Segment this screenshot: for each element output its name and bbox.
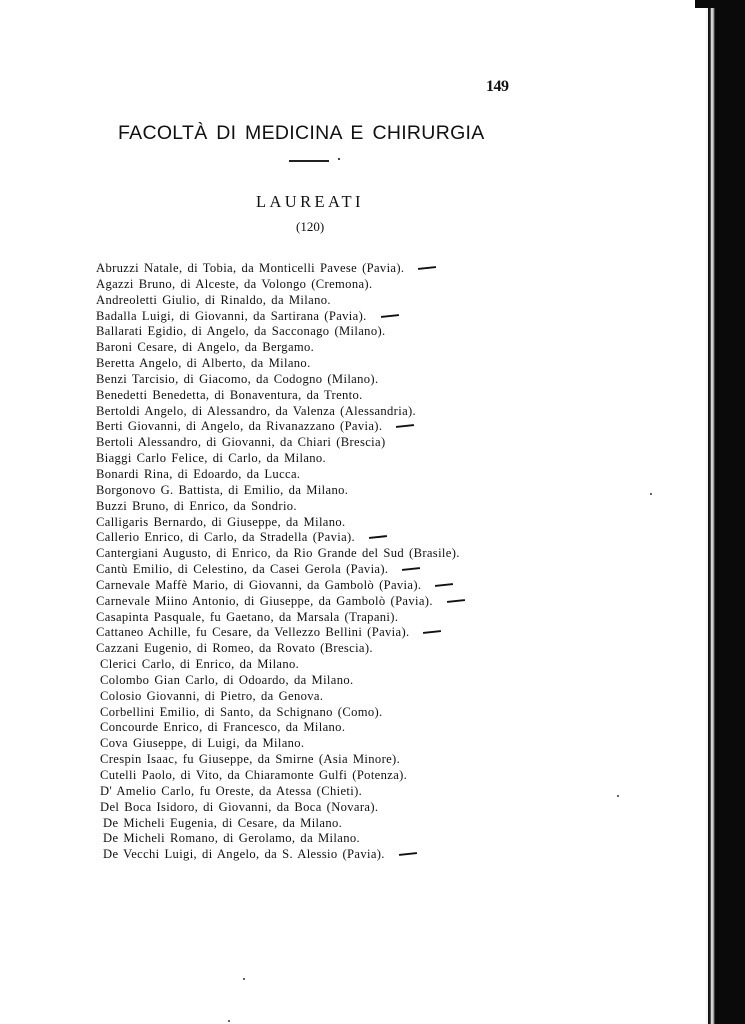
graduate-text: Bonardi Rina, di Edoardo, da Lucca. (96, 467, 300, 481)
graduate-entry: Colombo Gian Carlo, di Odoardo, da Milan… (96, 673, 465, 689)
graduate-text: Borgonovo G. Battista, di Emilio, da Mil… (96, 483, 348, 497)
graduate-text: Colombo Gian Carlo, di Odoardo, da Milan… (100, 673, 354, 687)
pencil-mark-icon (435, 583, 453, 587)
graduate-entry: Bertoli Alessandro, di Giovanni, da Chia… (96, 435, 465, 451)
scan-speck (228, 1020, 230, 1022)
document-page: 149 FACOLTÀ DI MEDICINA E CHIRURGIA LAUR… (0, 0, 745, 1024)
graduate-text: Abruzzi Natale, di Tobia, da Monticelli … (96, 261, 404, 275)
graduate-entry: Bertoldi Angelo, di Alessandro, da Valen… (96, 404, 465, 420)
graduate-text: Corbellini Emilio, di Santo, da Schignan… (100, 705, 383, 719)
graduate-text: Bertoli Alessandro, di Giovanni, da Chia… (96, 435, 386, 449)
graduate-text: Colosio Giovanni, di Pietro, da Genova. (100, 689, 323, 703)
graduate-entry: Borgonovo G. Battista, di Emilio, da Mil… (96, 483, 465, 499)
scan-speck (650, 493, 652, 495)
graduate-text: Badalla Luigi, di Giovanni, da Sartirana… (96, 309, 367, 323)
graduate-text: Biaggi Carlo Felice, di Carlo, da Milano… (96, 451, 326, 465)
graduate-text: Carnevale Maffè Mario, di Giovanni, da G… (96, 578, 421, 592)
pencil-mark-icon (402, 567, 420, 571)
graduate-text: Calligaris Bernardo, di Giuseppe, da Mil… (96, 515, 346, 529)
graduate-entry: Corbellini Emilio, di Santo, da Schignan… (96, 705, 465, 721)
graduate-entry: Ballarati Egidio, di Angelo, da Sacconag… (96, 324, 465, 340)
pencil-mark-icon (423, 630, 441, 634)
divider-mark (338, 158, 340, 160)
scan-border-top (695, 0, 745, 8)
graduate-text: Baroni Cesare, di Angelo, da Bergamo. (96, 340, 314, 354)
graduate-text: Benedetti Benedetta, di Bonaventura, da … (96, 388, 363, 402)
graduate-text: Crespin Isaac, fu Giuseppe, da Smirne (A… (100, 752, 400, 766)
graduate-entry: Biaggi Carlo Felice, di Carlo, da Milano… (96, 451, 465, 467)
graduate-text: De Micheli Eugenia, di Cesare, da Milano… (103, 816, 342, 830)
pencil-mark-icon (369, 535, 387, 539)
graduate-entry: Cazzani Eugenio, di Romeo, da Rovato (Br… (96, 641, 465, 657)
graduate-entry: Colosio Giovanni, di Pietro, da Genova. (96, 689, 465, 705)
graduates-list: Abruzzi Natale, di Tobia, da Monticelli … (96, 261, 465, 863)
scan-speck (243, 978, 245, 980)
pencil-mark-icon (447, 599, 465, 603)
graduate-text: Bertoldi Angelo, di Alessandro, da Valen… (96, 404, 416, 418)
graduate-entry: Cantergiani Augusto, di Enrico, da Rio G… (96, 546, 465, 562)
scan-speck (617, 795, 619, 797)
graduate-text: Callerio Enrico, di Carlo, da Stradella … (96, 530, 355, 544)
graduate-entry: De Vecchi Luigi, di Angelo, da S. Alessi… (96, 847, 465, 863)
graduate-entry: Crespin Isaac, fu Giuseppe, da Smirne (A… (96, 752, 465, 768)
graduate-entry: Berti Giovanni, di Angelo, da Rivanazzan… (96, 419, 465, 435)
graduate-entry: Abruzzi Natale, di Tobia, da Monticelli … (96, 261, 465, 277)
graduate-entry: Buzzi Bruno, di Enrico, da Sondrio. (96, 499, 465, 515)
graduate-entry: Cattaneo Achille, fu Cesare, da Vellezzo… (96, 625, 465, 641)
graduate-entry: Del Boca Isidoro, di Giovanni, da Boca (… (96, 800, 465, 816)
graduate-entry: Baroni Cesare, di Angelo, da Bergamo. (96, 340, 465, 356)
graduate-entry: De Micheli Eugenia, di Cesare, da Milano… (96, 816, 465, 832)
graduate-entry: D' Amelio Carlo, fu Oreste, da Atessa (C… (96, 784, 465, 800)
graduate-entry: Calligaris Bernardo, di Giuseppe, da Mil… (96, 515, 465, 531)
graduate-text: De Vecchi Luigi, di Angelo, da S. Alessi… (103, 847, 385, 861)
graduate-text: Casapinta Pasquale, fu Gaetano, da Marsa… (96, 610, 398, 624)
graduate-entry: Benzi Tarcisio, di Giacomo, da Codogno (… (96, 372, 465, 388)
graduate-entry: Casapinta Pasquale, fu Gaetano, da Marsa… (96, 610, 465, 626)
graduate-text: Carnevale Miino Antonio, di Giuseppe, da… (96, 594, 433, 608)
pencil-mark-icon (381, 314, 399, 318)
faculty-title: FACOLTÀ DI MEDICINA E CHIRURGIA (118, 122, 508, 145)
book-spine-shadow (715, 0, 745, 1024)
page-binding-edge (705, 0, 715, 1024)
graduate-text: Cova Giuseppe, di Luigi, da Milano. (100, 736, 304, 750)
graduate-entry: Cantù Emilio, di Celestino, da Casei Ger… (96, 562, 465, 578)
graduate-entry: Callerio Enrico, di Carlo, da Stradella … (96, 530, 465, 546)
graduate-text: Benzi Tarcisio, di Giacomo, da Codogno (… (96, 372, 378, 386)
graduate-text: De Micheli Romano, di Gerolamo, da Milan… (103, 831, 360, 845)
graduate-entry: Bonardi Rina, di Edoardo, da Lucca. (96, 467, 465, 483)
graduate-text: Ballarati Egidio, di Angelo, da Sacconag… (96, 324, 386, 338)
graduate-entry: Beretta Angelo, di Alberto, da Milano. (96, 356, 465, 372)
graduate-count: (120) (296, 219, 324, 235)
graduate-entry: Badalla Luigi, di Giovanni, da Sartirana… (96, 309, 465, 325)
graduate-entry: Concourde Enrico, di Francesco, da Milan… (96, 720, 465, 736)
pencil-mark-icon (396, 425, 414, 429)
graduate-text: Cattaneo Achille, fu Cesare, da Vellezzo… (96, 625, 409, 639)
section-title: LAUREATI (256, 192, 364, 212)
graduate-entry: Carnevale Miino Antonio, di Giuseppe, da… (96, 594, 465, 610)
pencil-mark-icon (418, 266, 436, 270)
graduate-text: D' Amelio Carlo, fu Oreste, da Atessa (C… (100, 784, 362, 798)
graduate-text: Beretta Angelo, di Alberto, da Milano. (96, 356, 311, 370)
graduate-text: Concourde Enrico, di Francesco, da Milan… (100, 720, 345, 734)
graduate-text: Clerici Carlo, di Enrico, da Milano. (100, 657, 299, 671)
graduate-text: Buzzi Bruno, di Enrico, da Sondrio. (96, 499, 297, 513)
graduate-text: Cutelli Paolo, di Vito, da Chiaramonte G… (100, 768, 407, 782)
graduate-entry: Benedetti Benedetta, di Bonaventura, da … (96, 388, 465, 404)
graduate-text: Agazzi Bruno, di Alceste, da Volongo (Cr… (96, 277, 372, 291)
graduate-text: Cazzani Eugenio, di Romeo, da Rovato (Br… (96, 641, 373, 655)
graduate-entry: Agazzi Bruno, di Alceste, da Volongo (Cr… (96, 277, 465, 293)
graduate-entry: De Micheli Romano, di Gerolamo, da Milan… (96, 831, 465, 847)
graduate-text: Del Boca Isidoro, di Giovanni, da Boca (… (100, 800, 378, 814)
graduate-entry: Andreoletti Giulio, di Rinaldo, da Milan… (96, 293, 465, 309)
graduate-entry: Clerici Carlo, di Enrico, da Milano. (96, 657, 465, 673)
graduate-text: Cantergiani Augusto, di Enrico, da Rio G… (96, 546, 460, 560)
pencil-mark-icon (399, 852, 417, 856)
graduate-text: Cantù Emilio, di Celestino, da Casei Ger… (96, 562, 388, 576)
graduate-entry: Cova Giuseppe, di Luigi, da Milano. (96, 736, 465, 752)
graduate-entry: Carnevale Maffè Mario, di Giovanni, da G… (96, 578, 465, 594)
graduate-text: Andreoletti Giulio, di Rinaldo, da Milan… (96, 293, 331, 307)
graduate-entry: Cutelli Paolo, di Vito, da Chiaramonte G… (96, 768, 465, 784)
graduate-text: Berti Giovanni, di Angelo, da Rivanazzan… (96, 419, 382, 433)
title-divider (289, 160, 329, 162)
page-number: 149 (486, 78, 509, 96)
